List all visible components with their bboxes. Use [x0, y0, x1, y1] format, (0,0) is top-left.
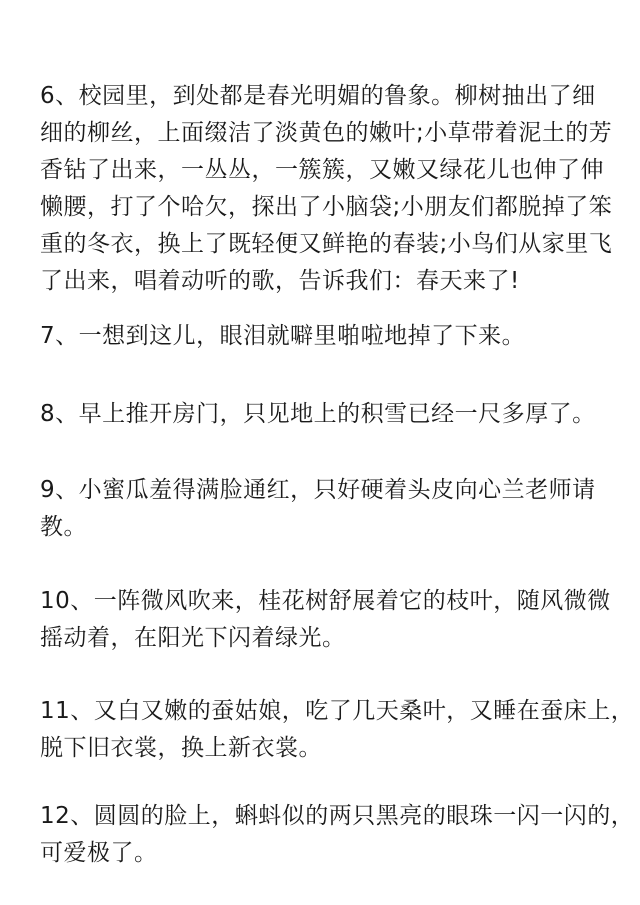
text-line: 细的柳丝，上面缀洁了淡黄色的嫩叶;小草带着泥土的芳 [40, 115, 614, 152]
text-line: 懒腰，打了个哈欠，探出了小脑袋;小朋友们都脱掉了笨 [40, 189, 614, 226]
sentence-10: 10、一阵微风吹来，桂花树舒展着它的枝叶，随风微微 摇动着，在阳光下闪着绿光。 [40, 583, 614, 657]
sentence-9: 9、小蜜瓜羞得满脸通红，只好硬着头皮向心兰老师请 教。 [40, 472, 614, 546]
text-line: 摇动着，在阳光下闪着绿光。 [40, 620, 614, 657]
text-line: 9、小蜜瓜羞得满脸通红，只好硬着头皮向心兰老师请 [40, 472, 614, 509]
text-line: 教。 [40, 509, 614, 546]
sentence-8: 8、早上推开房门，只见地上的积雪已经一尺多厚了。 [40, 396, 614, 433]
text-line: 香钻了出来，一丛丛，一簇簇，又嫩又绿花儿也伸了伸 [40, 152, 614, 189]
text-line: 6、校园里，到处都是春光明媚的鲁象。柳树抽出了细 [40, 78, 614, 115]
text-line: 12、圆圆的脸上，蝌蚪似的两只黑亮的眼珠一闪一闪的， [40, 798, 614, 835]
text-line: 11、又白又嫩的蚕姑娘，吃了几天桑叶，又睡在蚕床上， [40, 693, 614, 730]
sentence-11: 11、又白又嫩的蚕姑娘，吃了几天桑叶，又睡在蚕床上， 脱下旧衣裳，换上新衣裳。 [40, 693, 614, 767]
text-line: 10、一阵微风吹来，桂花树舒展着它的枝叶，随风微微 [40, 583, 614, 620]
text-line: 脱下旧衣裳，换上新衣裳。 [40, 730, 614, 767]
text-line: 7、一想到这儿，眼泪就噼里啪啦地掉了下来。 [40, 318, 614, 355]
sentence-7: 7、一想到这儿，眼泪就噼里啪啦地掉了下来。 [40, 318, 614, 355]
text-line: 了出来，唱着动听的歌，告诉我们：春天来了! [40, 263, 614, 300]
sentence-6: 6、校园里，到处都是春光明媚的鲁象。柳树抽出了细 细的柳丝，上面缀洁了淡黄色的嫩… [40, 78, 614, 300]
sentence-12: 12、圆圆的脸上，蝌蚪似的两只黑亮的眼珠一闪一闪的， 可爱极了。 [40, 798, 614, 872]
text-line: 重的冬衣，换上了既轻便又鲜艳的春装;小鸟们从家里飞 [40, 226, 614, 263]
text-line: 可爱极了。 [40, 835, 614, 872]
text-line: 8、早上推开房门，只见地上的积雪已经一尺多厚了。 [40, 396, 614, 433]
